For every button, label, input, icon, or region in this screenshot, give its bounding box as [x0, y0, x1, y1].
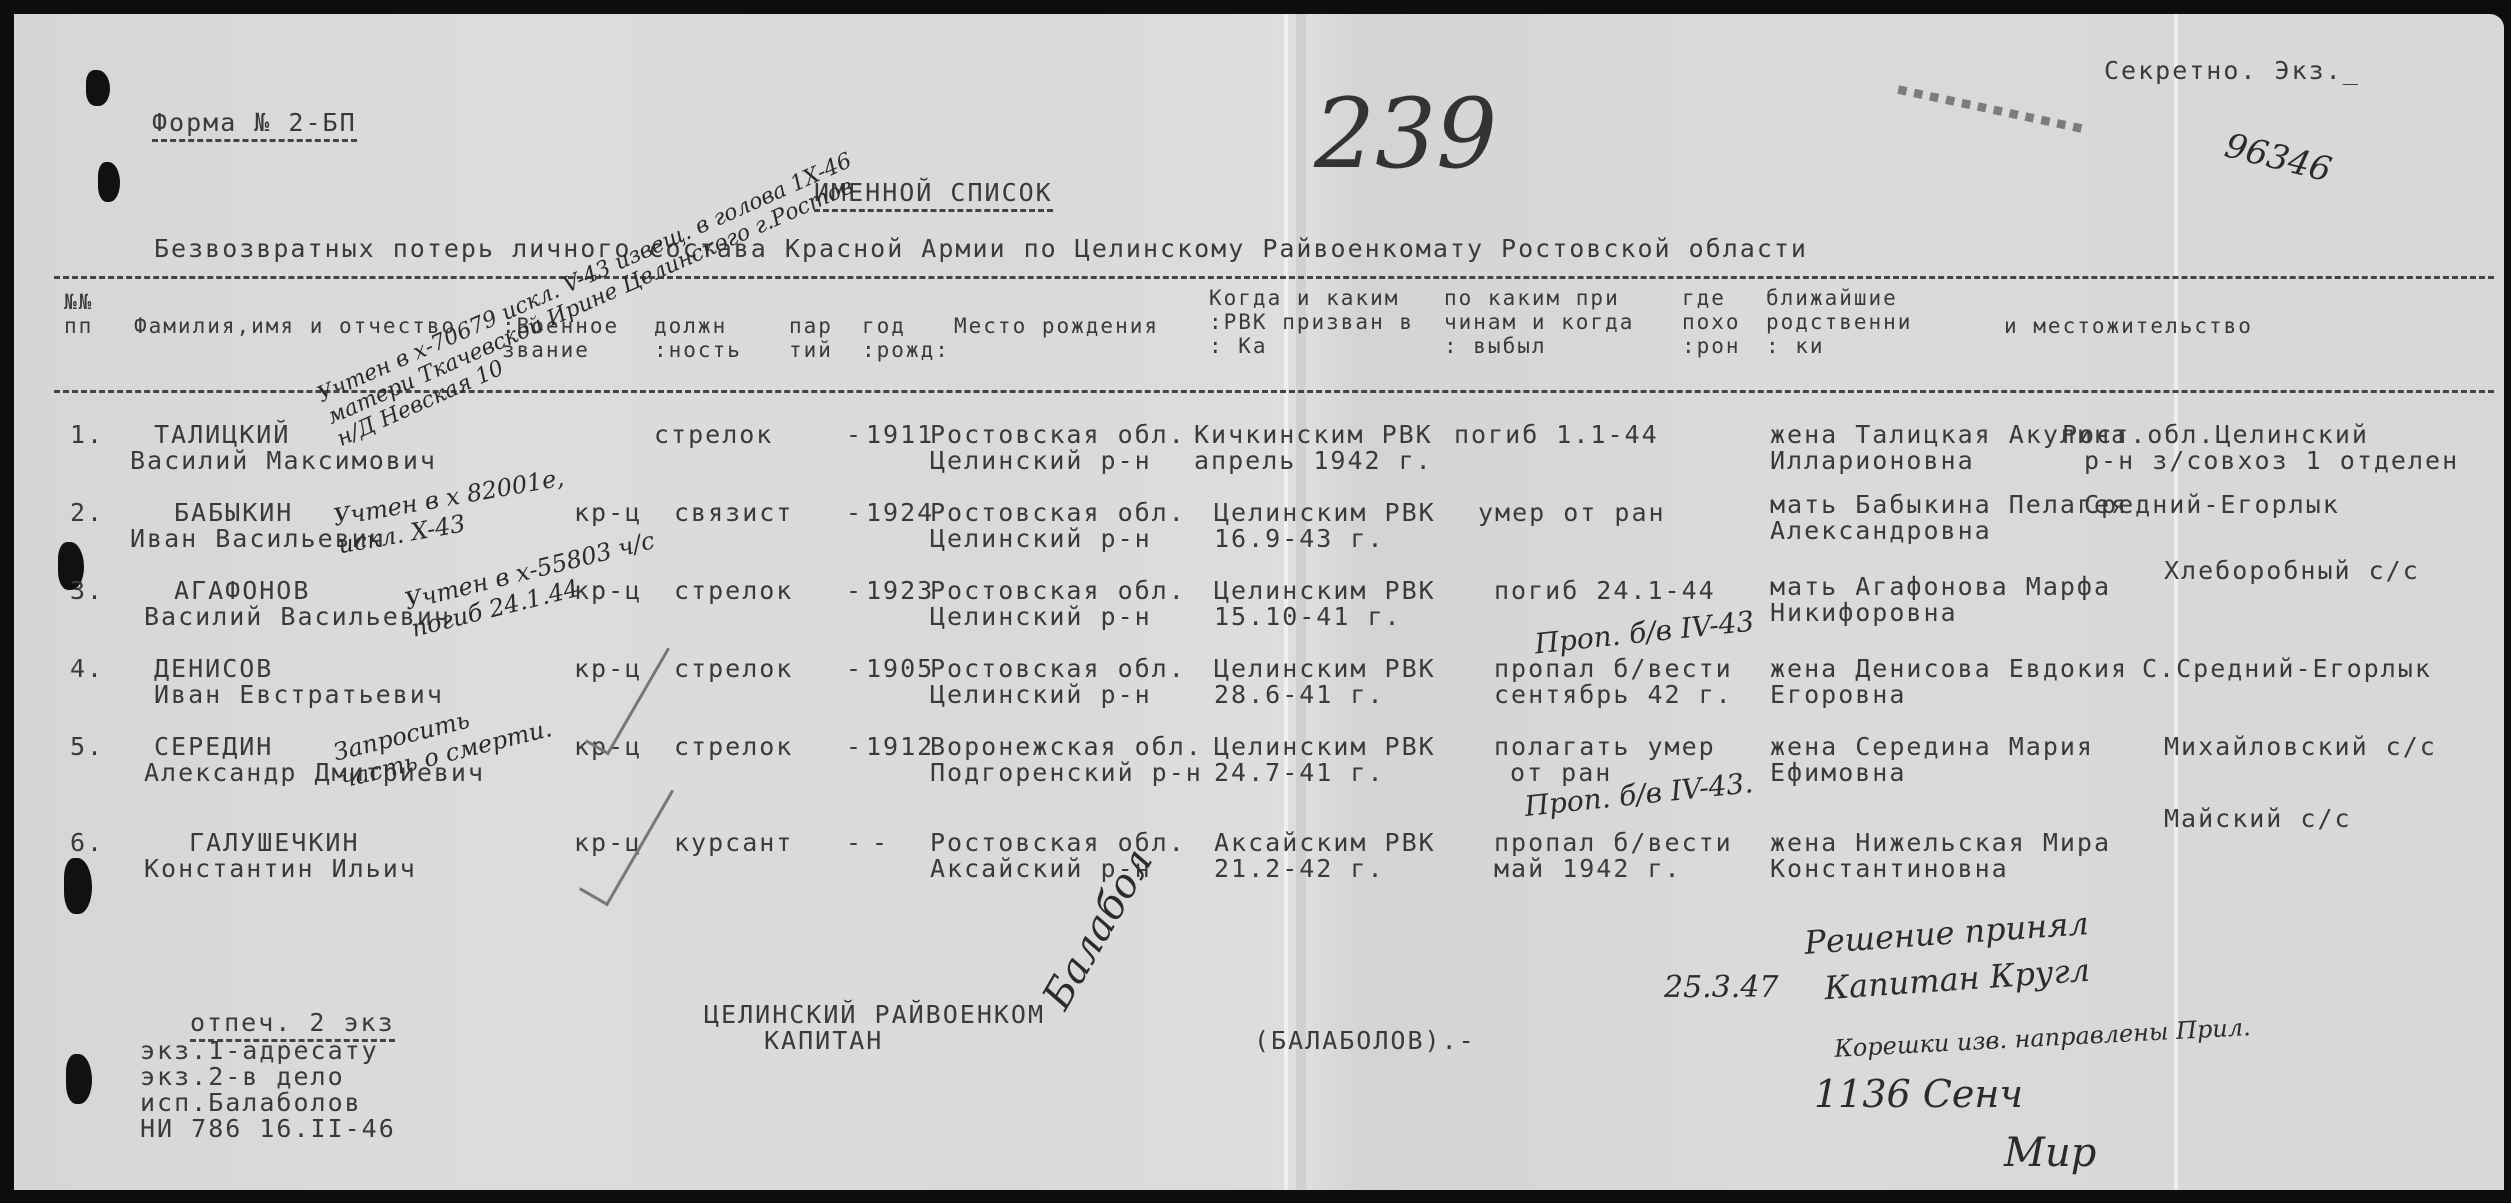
drafted-date: апрель 1942 г. [1194, 446, 1433, 475]
loss-reason: погиб 24.1-44 [1494, 576, 1716, 605]
position: курсант [674, 828, 793, 857]
col-header-relatives: ближайшие родственни : ки [1766, 286, 1912, 358]
archive-number: 239 [1314, 78, 1497, 190]
faded-stamp: ▪▪▪▪▪▪▪▪▪▪▪▪ [1894, 76, 2090, 141]
table-rule-top [54, 276, 2494, 279]
form-number: Форма № 2-БП [152, 108, 357, 142]
relative-patronymic: Никифоровна [1770, 598, 1958, 627]
relative-patronymic: Константиновна [1770, 854, 2009, 883]
birthplace: Ростовская обл. [930, 420, 1186, 449]
signer-rank: КАПИТАН [764, 1026, 883, 1055]
surname: ГАЛУШЕЧКИН [189, 828, 360, 857]
relative: жена Середина Мария [1770, 732, 2094, 761]
position: стрелок [674, 576, 793, 605]
surname: АГАФОНОВ [174, 576, 310, 605]
party: - [846, 732, 863, 761]
relative: жена Нижельская Мира [1770, 828, 2111, 857]
signer-organization: ЦЕЛИНСКИЙ РАЙВОЕНКОМ [704, 1000, 1045, 1029]
relative: мать Бабыкина Пелагея [1770, 490, 2128, 519]
birth-year: 1923 [866, 576, 934, 605]
relative-patronymic: Илларионовна [1770, 446, 1975, 475]
party: - [846, 498, 863, 527]
drafted-date: 21.2-42 г. [1214, 854, 1385, 883]
col-header-party: пар тий [789, 314, 833, 362]
relative-patronymic: Ефимовна [1770, 758, 1906, 787]
loss-reason: пропал б/вести [1494, 828, 1733, 857]
col-header-num: №№ пп [64, 290, 93, 338]
birthplace: Ростовская обл. [930, 498, 1186, 527]
drafted-by: Целинским РВК [1214, 654, 1436, 683]
resolution-line-2: Капитан Кругл [1823, 951, 2091, 1007]
relative: мать Агафонова Марфа [1770, 572, 2111, 601]
birthplace-district: Целинский р-н [930, 524, 1152, 553]
drafted-date: 24.7-41 г. [1214, 758, 1385, 787]
reference-number: НИ 786 16.II-46 [140, 1114, 396, 1143]
birthplace-district: Целинский р-н [930, 602, 1152, 631]
residence: Михайловский с/с [2164, 732, 2437, 761]
loss-date: сентябрь 42 г. [1494, 680, 1733, 709]
drafted-by: Аксайским РВК [1214, 828, 1436, 857]
birth-year: 1924 [866, 498, 934, 527]
loss-reason: полагать умер [1494, 732, 1716, 761]
row-number: 1. [70, 420, 104, 449]
residence: Рост.обл.Целинский [2062, 420, 2369, 449]
col-header-drafted: Когда и каким :РВК призван в : Ка [1209, 286, 1414, 358]
handwritten-annotation: Учтен в х-70679 искл. V-43 извещ. в голо… [314, 142, 891, 452]
drafted-by: Целинским РВК [1214, 732, 1436, 761]
row-number: 3. [70, 576, 104, 605]
executor: исп.Балаболов [140, 1088, 362, 1117]
row-number: 5. [70, 732, 104, 761]
resolution-signature: Мир [2004, 1130, 2096, 1176]
col-header-position: должн :ность [654, 314, 742, 362]
birth-year: - [872, 828, 889, 857]
loss-reason: умер от ран [1478, 498, 1666, 527]
birthplace: Воронежская обл. [930, 732, 1203, 761]
residence: Средний-Егорлык [2084, 490, 2340, 519]
document-subtitle: Безвозвратных потерь личного состава Кра… [154, 234, 1808, 263]
paper-fold [2174, 14, 2178, 1190]
copy-2-note: экз.2-в дело [140, 1062, 345, 1091]
relative: жена Денисова Евдокия [1770, 654, 2128, 683]
party: - [846, 420, 863, 449]
residence: С.Средний-Егорлык [2142, 654, 2432, 683]
signer-name: (БАЛАБОЛОВ).- [1254, 1026, 1476, 1055]
secret-mark: Секретно. Экз._ [2104, 56, 2360, 85]
birthplace: Ростовская обл. [930, 828, 1186, 857]
col-header-birth-year: год :рожд: [862, 314, 950, 362]
relative-patronymic: Егоровна [1770, 680, 1906, 709]
position: стрелок [674, 732, 793, 761]
col-header-birthplace: Место рождения [954, 314, 1159, 338]
party: - [846, 576, 863, 605]
given-names: Иван Евстратьевич [154, 680, 444, 709]
birthplace-district: Подгоренский р-н [930, 758, 1203, 787]
punch-hole [66, 1054, 92, 1104]
punch-hole [86, 70, 110, 106]
given-names: Константин Ильич [144, 854, 417, 883]
row-number: 4. [70, 654, 104, 683]
loss-reason: пропал б/вести [1494, 654, 1733, 683]
punch-hole [98, 162, 120, 202]
party: - [846, 828, 863, 857]
position: стрелок [654, 420, 773, 449]
drafted-date: 16.9-43 г. [1214, 524, 1385, 553]
birth-year: 1905 [866, 654, 934, 683]
birth-year: 1912 [866, 732, 934, 761]
resolution-date: 25.3.47 [1664, 970, 1779, 1005]
drafted-by: Целинским РВК [1214, 498, 1436, 527]
col-header-name: Фамилия,имя и отчество [134, 314, 456, 338]
row-number: 6. [70, 828, 104, 857]
relative-patronymic: Александровна [1770, 516, 1992, 545]
birthplace-district: Целинский р-н [930, 680, 1152, 709]
col-header-residence: и местожительство [2004, 314, 2253, 338]
row-number: 2. [70, 498, 104, 527]
resolution-line-3: Корешки изв. направлены Прил. [1834, 1013, 2252, 1063]
residence: Майский с/с [2164, 804, 2352, 833]
surname: ДЕНИСОВ [154, 654, 273, 683]
punch-hole [64, 858, 92, 914]
col-header-burial: где похо :рон [1682, 286, 1741, 358]
handwritten-annotation: Проп. б/в IV-43 [1533, 605, 1756, 661]
registration-number: 96346 [2221, 126, 2336, 191]
surname: СЕРЕДИН [154, 732, 273, 761]
position: стрелок [674, 654, 793, 683]
birthplace-district: Целинский р-н [930, 446, 1152, 475]
given-names: Василий Максимович [130, 446, 437, 475]
residence: Хлеборобный с/с [2164, 556, 2420, 585]
drafted-by: Целинским РВК [1214, 576, 1436, 605]
document-sheet: Секретно. Экз._ Форма № 2-БП 239 ▪▪▪▪▪▪▪… [14, 14, 2504, 1190]
birthplace: Ростовская обл. [930, 654, 1186, 683]
given-names: Василий Васильевич [144, 602, 451, 631]
copy-1-note: экз.1-адресату [140, 1036, 379, 1065]
drafted-by: Кичкинским РВК [1194, 420, 1433, 449]
loss-date: май 1942 г. [1494, 854, 1682, 883]
drafted-date: 15.10-41 г. [1214, 602, 1402, 631]
birthplace: Ростовская обл. [930, 576, 1186, 605]
residence-detail: р-н з/совхоз 1 отделен [2084, 446, 2459, 475]
surname: ТАЛИЦКИЙ [154, 420, 290, 449]
drafted-date: 28.6-41 г. [1214, 680, 1385, 709]
surname: БАБЫКИН [174, 498, 293, 527]
resolution-line-4: 1136 Сенч [1814, 1072, 2023, 1116]
handwritten-annotation: Учтен в х 82001е, искл. X-43 [331, 461, 587, 560]
birth-year: 1911 [866, 420, 934, 449]
party: - [846, 654, 863, 683]
col-header-reason: по каким при чинам и когда : выбыл [1444, 286, 1634, 358]
loss-reason: погиб 1.1-44 [1454, 420, 1659, 449]
